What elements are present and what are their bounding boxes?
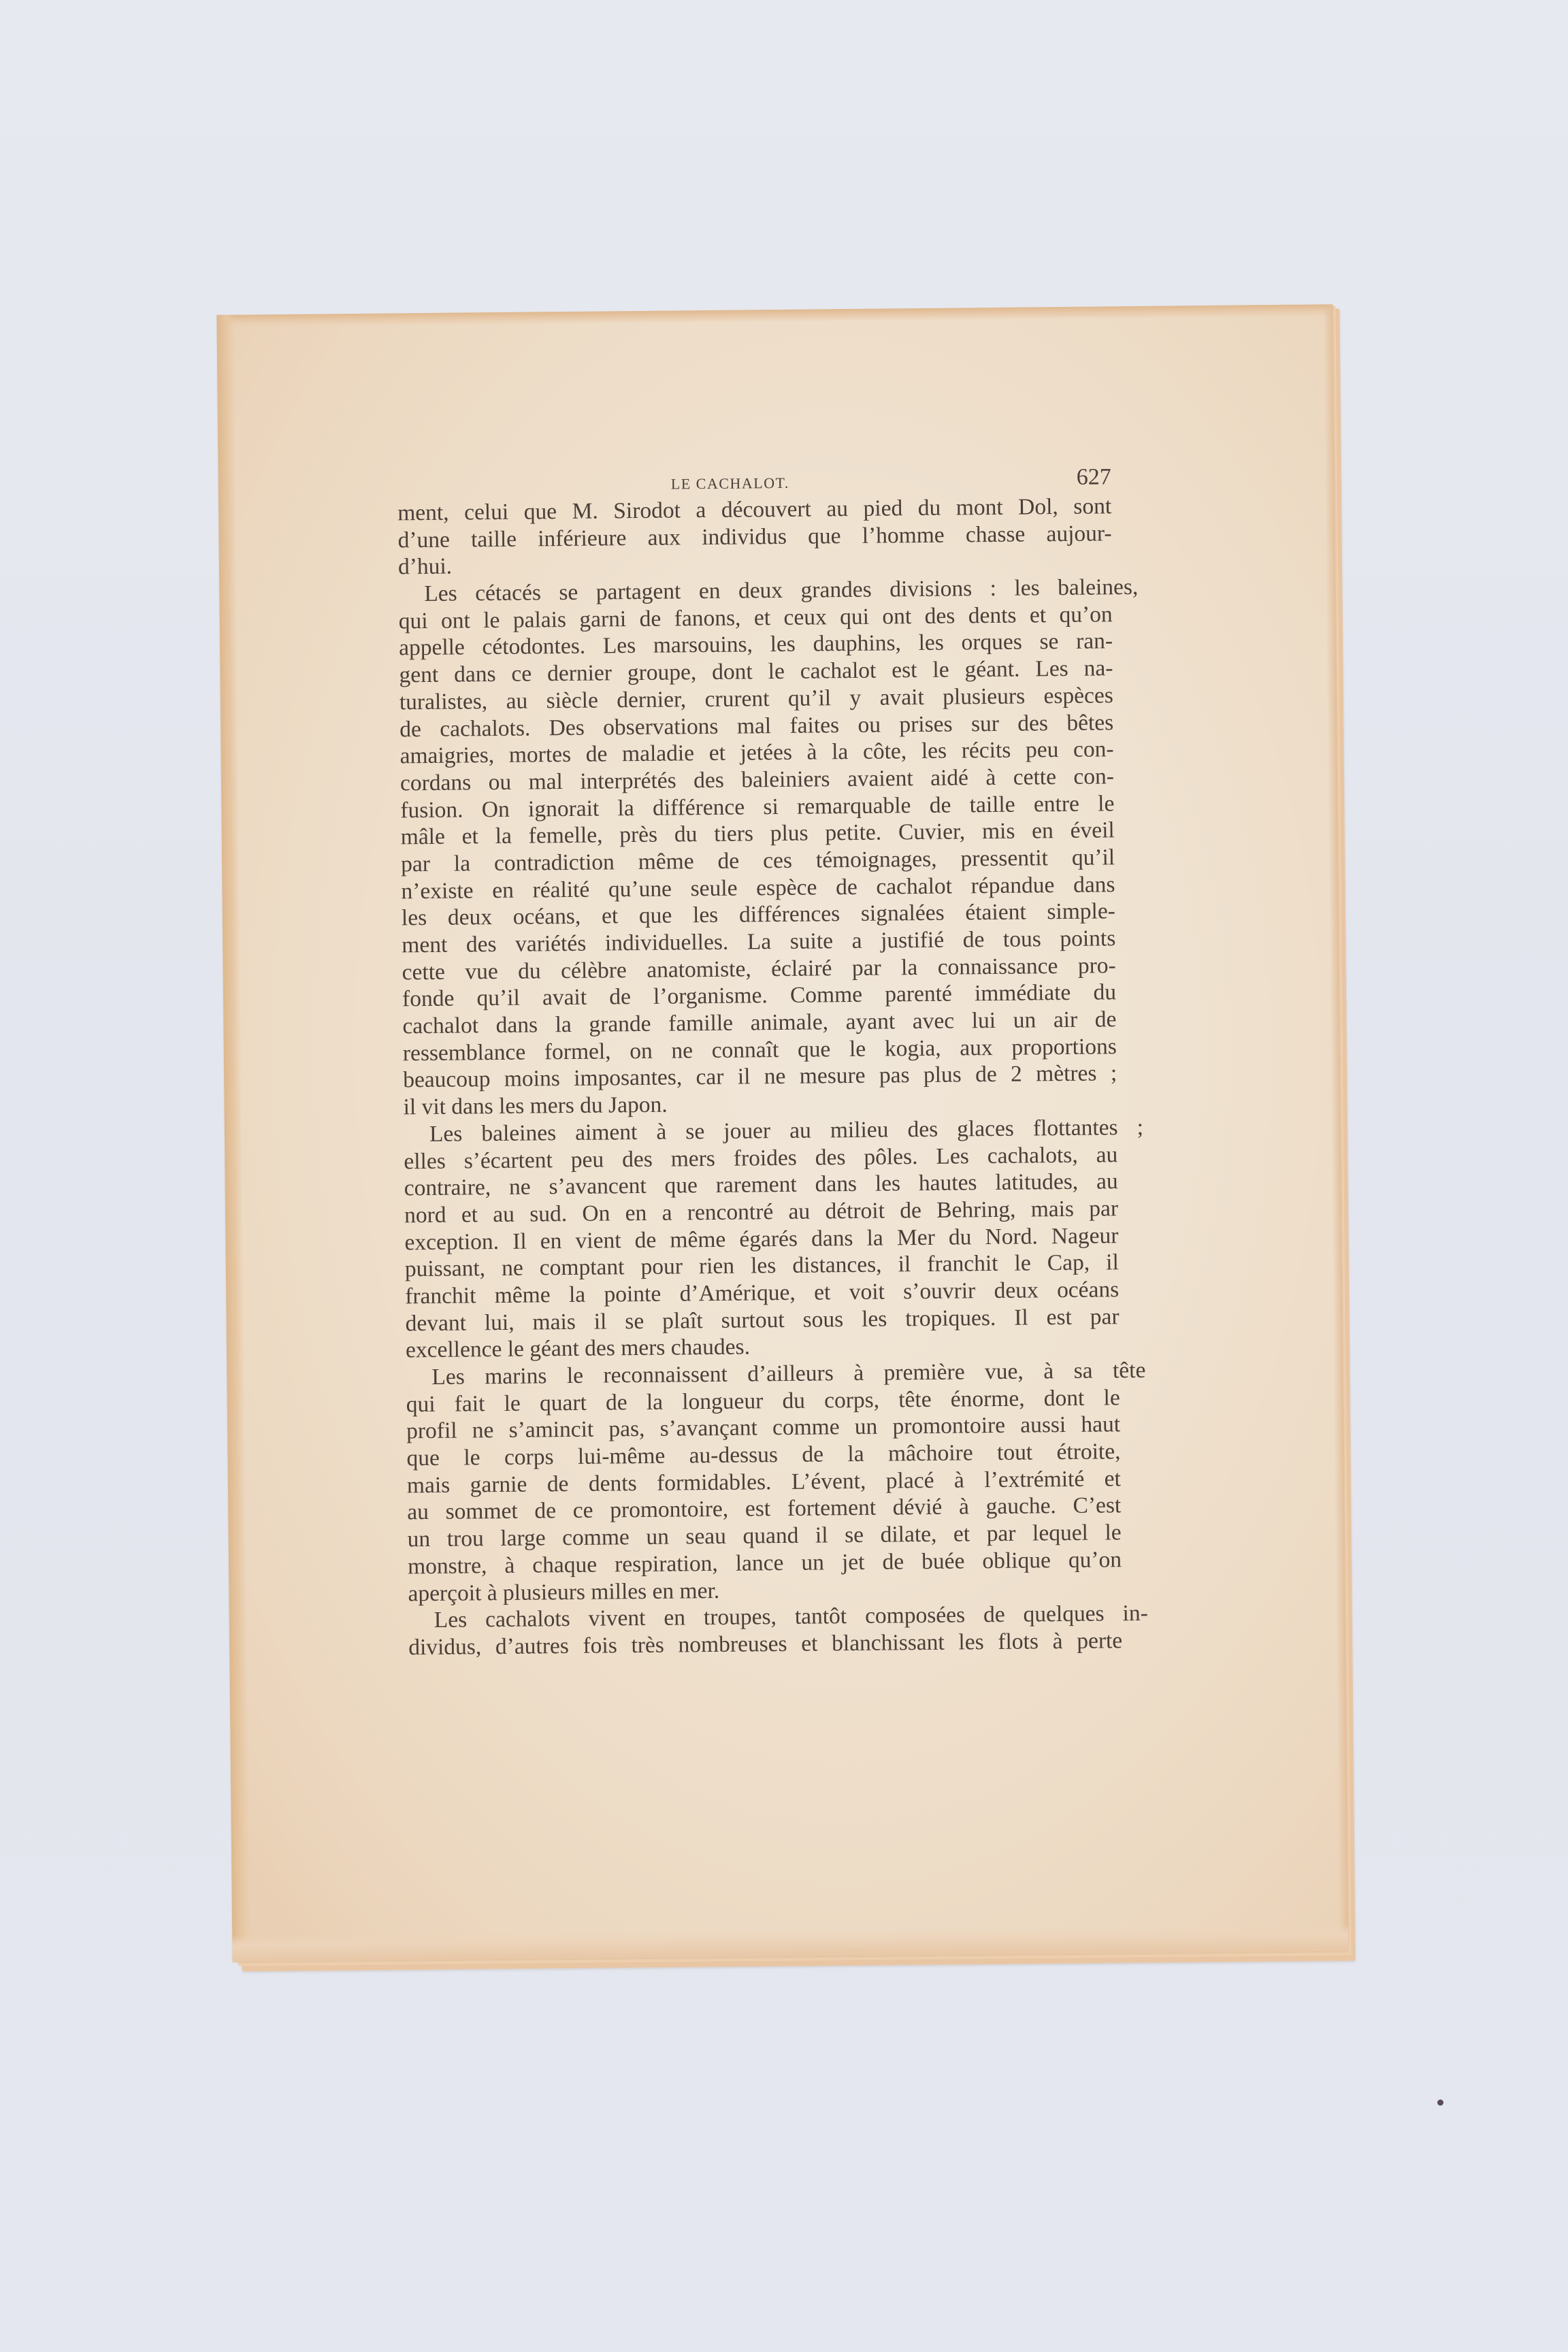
text-block: LE CACHALOT. 627 ment, celui que M. Siro… [397,463,1123,1661]
running-head-title: LE CACHALOT. [671,474,789,493]
page-edge-top [216,304,1333,327]
page-edge-left [216,315,250,1962]
page-number: 627 [1077,464,1111,490]
dust-speck [1437,2100,1443,2106]
paper-sheet-stack: LE CACHALOT. 627 ment, celui que M. Siro… [216,304,1348,1962]
body-text: ment, celui que M. Sirodot a découvert a… [397,493,1122,1661]
printed-page: LE CACHALOT. 627 ment, celui que M. Siro… [216,304,1348,1962]
